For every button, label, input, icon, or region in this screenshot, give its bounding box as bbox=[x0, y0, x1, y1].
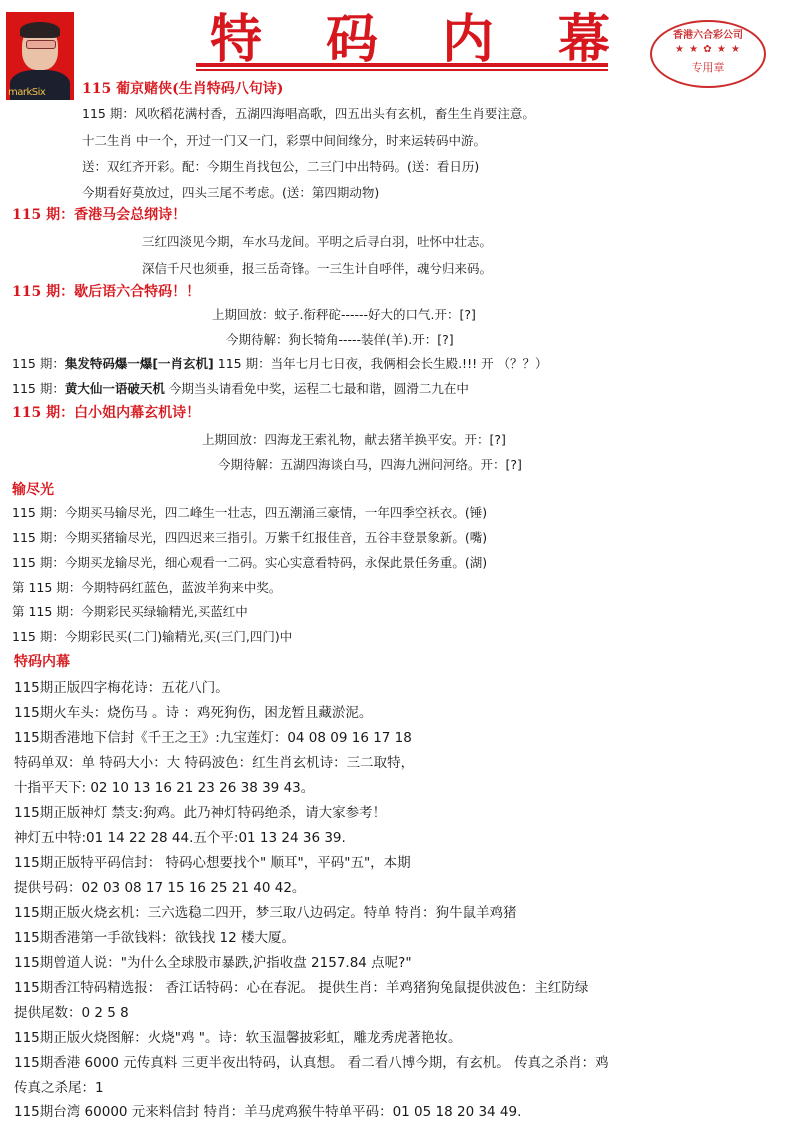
stamp-arc-text: 香港六合彩公司 bbox=[660, 30, 756, 42]
tip-line: 第 115 期：今期特码红蓝色，蓝波羊狗来中奖。 bbox=[12, 578, 281, 596]
tip-line: 115期香江特码精选报： 香江话特码：心在春泥。 提供生肖：羊鸡猪狗兔鼠提供波色… bbox=[14, 976, 588, 996]
tip-text: 今期当头请看免中奖，运程二七最和谐，圆滑二九在中 bbox=[165, 381, 469, 396]
riddle-line: 今期待解：狗长犄角-----装佯(羊).开：[?] bbox=[226, 330, 454, 348]
tip-line: 115期台湾 60000 元来料信封 特肖：羊马虎鸡猴牛特单平码：01 05 1… bbox=[14, 1100, 521, 1120]
section-heading-miss-bai-poem: 115 期：白小姐内幕玄机诗！ bbox=[12, 402, 200, 422]
poem-line: 115 期：风吹稻花满村香，五湖四海唱高歌，四五出头有玄机，畜生生肖要注意。 bbox=[82, 104, 535, 122]
tip-line: 115 期：黄大仙一语破天机 今期当头请看免中奖，运程二七最和谐，圆滑二九在中 bbox=[12, 379, 469, 397]
tip-line: 115期香港第一手欲钱料：欲钱找 12 楼大厦。 bbox=[14, 926, 295, 946]
title-underline-thin bbox=[196, 69, 608, 71]
tip-line: 115期正版火烧玄机：三六选稳二四开，梦三取八边码定。特单 特肖：狗牛鼠羊鸡猪 bbox=[14, 901, 517, 921]
title-char-4: 幕 bbox=[558, 0, 610, 72]
tip-line: 第 115 期：今期彩民买绿输精光,买蓝红中 bbox=[12, 602, 248, 620]
tip-line: 神灯五中特:01 14 22 28 44.五个平:01 13 24 36 39. bbox=[14, 826, 346, 846]
tip-line: 115期正版神灯 禁支:狗鸡。此乃神灯特码绝杀，请大家参考！ bbox=[14, 801, 386, 821]
tip-line: 特码单双：单 特码大小：大 特码波色：红生肖玄机诗：三二取特， bbox=[14, 751, 414, 771]
tip-source: 集发特码爆一爆[一肖玄机] bbox=[65, 356, 214, 371]
tip-line: 115期香港地下信封《千王之王》:九宝莲灯：04 08 09 16 17 18 bbox=[14, 726, 412, 746]
riddle-line: 上期回放：四海龙王索礼物，献去猪羊换平安。开：[?] bbox=[202, 430, 506, 448]
section-heading-xiehouyu: 115 期：歇后语六合特码！！ bbox=[12, 281, 200, 301]
title-char-2: 码 bbox=[326, 0, 378, 72]
section-heading-gambler-poem: 115 葡京赌侠(生肖特码八句诗) bbox=[82, 78, 283, 98]
tip-line: 115期正版特平码信封： 特码心想要找个" 顺耳"，平码"五"，本期 bbox=[14, 851, 411, 871]
section-heading-jockey-club-poem: 115 期：香港马会总纲诗！ bbox=[12, 204, 186, 224]
title-char-1: 特 bbox=[210, 0, 262, 72]
tip-line: 115期曾道人说："为什么全球股市暴跌,沪指收盘 2157.84 点呢?" bbox=[14, 951, 412, 971]
poem-line: 三红四淡见今期，车水马龙间。平明之后寻白羽，吐怀中壮志。 bbox=[142, 232, 492, 250]
section-heading-inside-info: 特码内幕 bbox=[14, 651, 70, 671]
section-heading-lose-all: 输尽光 bbox=[12, 479, 54, 499]
tip-prefix: 115 期： bbox=[12, 356, 65, 371]
riddle-line: 今期待解：五湖四海谈白马，四海九洲问河络。开：[?] bbox=[218, 455, 522, 473]
tip-line: 115期火车头：烧伤马 。诗 ：鸡死狗伤，困龙暂且藏淤泥。 bbox=[14, 701, 372, 721]
tip-line: 115 期：今期买马输尽光，四二峰生一壮志，四五潮涌三豪情，一年四季空袄衣。(锤… bbox=[12, 503, 487, 521]
tip-prefix: 115 期： bbox=[12, 381, 65, 396]
official-seal-stamp: 香港六合彩公司 ★ ★ ✿ ★ ★ 专用章 bbox=[650, 20, 766, 88]
avatar-tag: markSix bbox=[8, 87, 45, 98]
tip-line: 115期正版四字梅花诗：五花八门。 bbox=[14, 676, 229, 696]
poem-line: 送：双红齐开彩。配：今期生肖找包公，二三门中出特码。(送：看日历) bbox=[82, 157, 479, 175]
tip-line: 提供尾数：0 2 5 8 bbox=[14, 1001, 129, 1021]
stamp-bottom-text: 专用章 bbox=[652, 62, 764, 74]
avatar-glasses bbox=[26, 40, 56, 49]
title-char-3: 内 bbox=[442, 0, 494, 72]
title-underline-thick bbox=[196, 63, 608, 67]
tip-line: 115期香港 6000 元传真料 三更半夜出特码，认真想。 看二看八博今期，有玄… bbox=[14, 1051, 609, 1071]
tip-line: 115 期：今期彩民买(二门)输精光,买(三门,四门)中 bbox=[12, 627, 292, 645]
tip-source: 黄大仙一语破天机 bbox=[65, 381, 165, 396]
avatar-hair bbox=[20, 22, 60, 38]
tip-line: 提供号码：02 03 08 17 15 16 25 21 40 42。 bbox=[14, 876, 305, 896]
riddle-line: 上期回放：蚊子.衔秤砣------好大的口气.开：[?] bbox=[212, 305, 476, 323]
stamp-stars-icon: ★ ★ ✿ ★ ★ bbox=[652, 44, 764, 56]
tip-line: 十指平天下: 02 10 13 16 21 23 26 38 39 43。 bbox=[14, 776, 314, 796]
poem-line: 十二生肖 中一个，开过一门又一门，彩票中间间缘分，时来运转码中游。 bbox=[82, 131, 486, 149]
tip-line: 115 期：今期买龙输尽光，细心观看一二码。实心实意看特码，永保此景任务重。(湖… bbox=[12, 553, 487, 571]
tip-line: 115 期：集发特码爆一爆[一肖玄机] 115 期：当年七月七日夜，我俩相会长生… bbox=[12, 354, 548, 372]
poem-line: 深信千尺也须垂，报三岳奇锋。一三生计自呼伴，魂兮归来码。 bbox=[142, 259, 492, 277]
tip-line: 115期正版火烧图解：火烧"鸡 "。诗：软玉温馨披彩虹，雕龙秀虎著艳妆。 bbox=[14, 1026, 461, 1046]
tip-line: 115 期：今期买猪输尽光，四四迟来三指引。万紫千红报佳音，五谷丰登景象新。(嘴… bbox=[12, 528, 487, 546]
author-avatar: markSix bbox=[6, 12, 74, 100]
page-title: 特 码 内 幕 bbox=[210, 6, 610, 62]
tip-text: 115 期：当年七月七日夜，我俩相会长生殿.!!! 开 （？？） bbox=[214, 356, 548, 371]
poem-line: 今期看好莫放过，四头三尾不考虑。(送：第四期动物) bbox=[82, 183, 379, 201]
tip-line: 传真之杀尾：1 bbox=[14, 1076, 104, 1096]
